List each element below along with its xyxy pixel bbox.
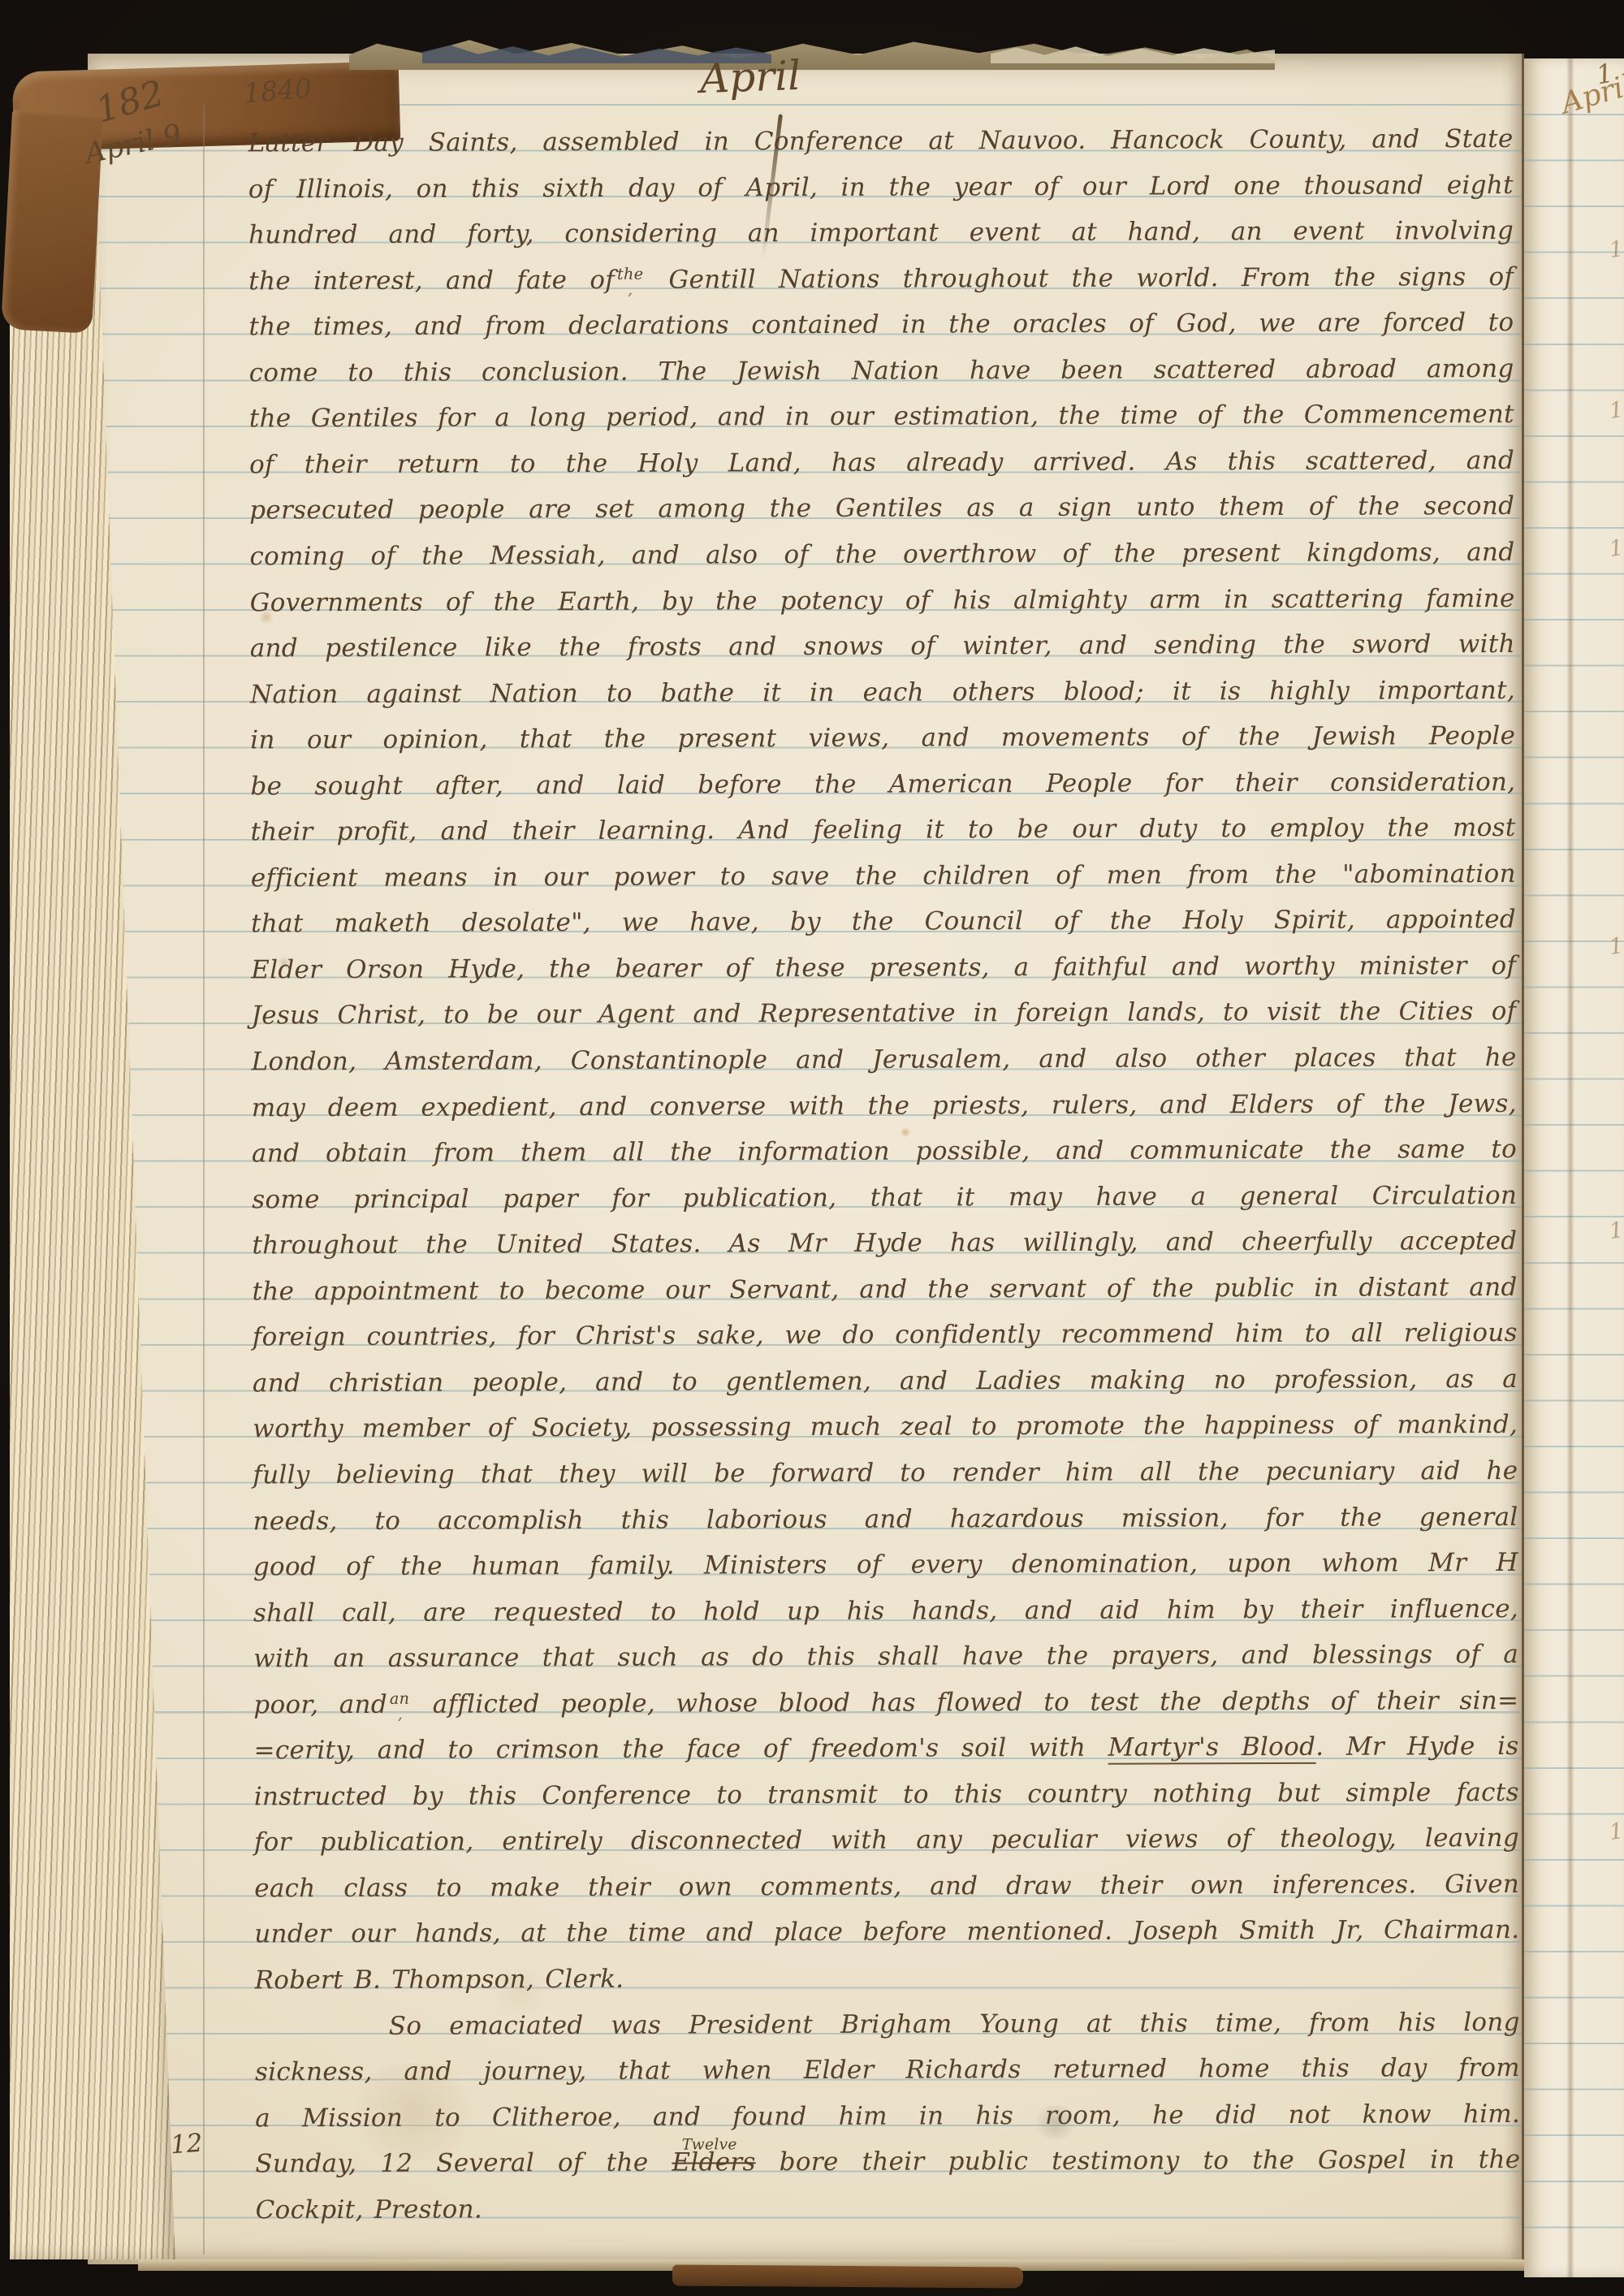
manuscript-line: needs, to accomplish this laborious and … <box>253 1502 1518 1543</box>
facing-margin-fragment: 1 <box>1608 1818 1624 1845</box>
manuscript-line: a Mission to Clitheroe, and found him in… <box>255 2099 1520 2141</box>
manuscript-line: the Gentiles for a long period, and in o… <box>249 400 1514 441</box>
manuscript-line: Sunday, 12 Several of the EldersTwelve b… <box>255 2145 1520 2186</box>
underlined-phrase: Martyr's Blood <box>1108 1732 1316 1765</box>
manuscript-line: London, Amsterdam, Constantinople and Je… <box>252 1043 1517 1084</box>
manuscript-line: Jesus Christ, to be our Agent and Repres… <box>251 997 1516 1038</box>
manuscript-line: the times, and from declarations contain… <box>248 308 1514 349</box>
manuscript-line: Elder Orson Hyde, the bearer of these pr… <box>251 951 1516 992</box>
manuscript-line: fully believing that they will be forwar… <box>253 1456 1518 1498</box>
manuscript-line: of Illinois, on this sixth day of April,… <box>248 171 1514 212</box>
manuscript-line: shall call, are requested to hold up his… <box>253 1594 1518 1636</box>
manuscript-line: and obtain from them all the information… <box>252 1135 1517 1176</box>
inserted-word: Twelve <box>682 2138 737 2153</box>
manuscript-line: Cockpit, Preston. <box>255 2191 1520 2233</box>
manuscript-line: and christian people, and to gentlemen, … <box>253 1364 1518 1406</box>
manuscript-line: their profit, and their learning. And fe… <box>251 813 1516 854</box>
manuscript-line: good of the human family. Ministers of e… <box>253 1548 1518 1589</box>
facing-margin-fragment: 1 <box>1608 1217 1624 1244</box>
manuscript-line: with an assurance that such as do this s… <box>253 1640 1518 1681</box>
inserted-word: an <box>390 1691 409 1706</box>
manuscript-line: worthy member of Society, possessing muc… <box>253 1410 1518 1451</box>
manuscript-line: come to this conclusion. The Jewish Nati… <box>249 354 1514 396</box>
manuscript-line: Latter Day Saints, assembled in Conferen… <box>248 124 1514 166</box>
manuscript-line: coming of the Messiah, and also of the o… <box>249 538 1514 579</box>
manuscript-line: for publication, entirely disconnected w… <box>254 1823 1519 1865</box>
manuscript-line: efficient means in our power to save the… <box>251 859 1516 901</box>
manuscript-line: hundred and forty, considering an import… <box>248 216 1514 257</box>
manuscript-line: under our hands, at the time and place b… <box>254 1915 1519 1957</box>
manuscript-line: persecuted people are set among the Gent… <box>249 491 1514 533</box>
facing-margin-fragment: 1 <box>1608 236 1624 263</box>
facing-margin-fragment: 1 <box>1608 535 1624 562</box>
manuscript-line: =cerity, and to crimson the face of free… <box>254 1732 1519 1773</box>
manuscript-line: that maketh desolate", we have, by the C… <box>251 905 1516 946</box>
manuscript-line: in our opinion, that the present views, … <box>250 721 1515 763</box>
manuscript-line: each class to make their own comments, a… <box>254 1870 1519 1911</box>
manuscript-line: throughout the United States. As Mr Hyde… <box>252 1226 1517 1268</box>
corrected-word: EldersTwelve <box>672 2147 755 2177</box>
manuscript-line: be sought after, and laid before the Ame… <box>250 767 1515 809</box>
manuscript-line: the appointment to become our Servant, a… <box>253 1273 1518 1314</box>
manuscript-line: the interest, and fate ofthe Gentill Nat… <box>248 262 1514 304</box>
manuscript-line: instructed by this Conference to transmi… <box>254 1778 1519 1819</box>
manuscript-line: foreign countries, for Christ's sake, we… <box>253 1318 1518 1360</box>
manuscript-line: poor, andan afflicted people, whose bloo… <box>253 1686 1518 1727</box>
manuscript-line: Robert B. Thompson, Clerk. <box>255 1961 1520 2003</box>
manuscript-line: may deem expedient, and converse with th… <box>252 1089 1517 1131</box>
book-scan: 182 1840 April April 9 12 Latter Day Sai… <box>0 0 1624 2296</box>
manuscript-line: Governments of the Earth, by the potency… <box>250 583 1515 625</box>
facing-margin-fragment: 1 <box>1608 933 1624 960</box>
manuscript-line: of their return to the Holy Land, has al… <box>249 446 1514 487</box>
manuscript-lines: Latter Day Saints, assembled in Conferen… <box>0 0 1624 2296</box>
manuscript-line: sickness, and journey, that when Elder R… <box>255 2053 1520 2095</box>
manuscript-line: some principal paper for publication, th… <box>252 1181 1517 1222</box>
manuscript-line: Nation against Nation to bathe it in eac… <box>250 676 1515 717</box>
manuscript-line: and pestilence like the frosts and snows… <box>250 629 1515 671</box>
facing-margin-fragment: 1 <box>1608 397 1624 424</box>
inserted-word: the <box>617 266 643 282</box>
manuscript-line: So emaciated was President Brigham Young… <box>255 2008 1520 2049</box>
